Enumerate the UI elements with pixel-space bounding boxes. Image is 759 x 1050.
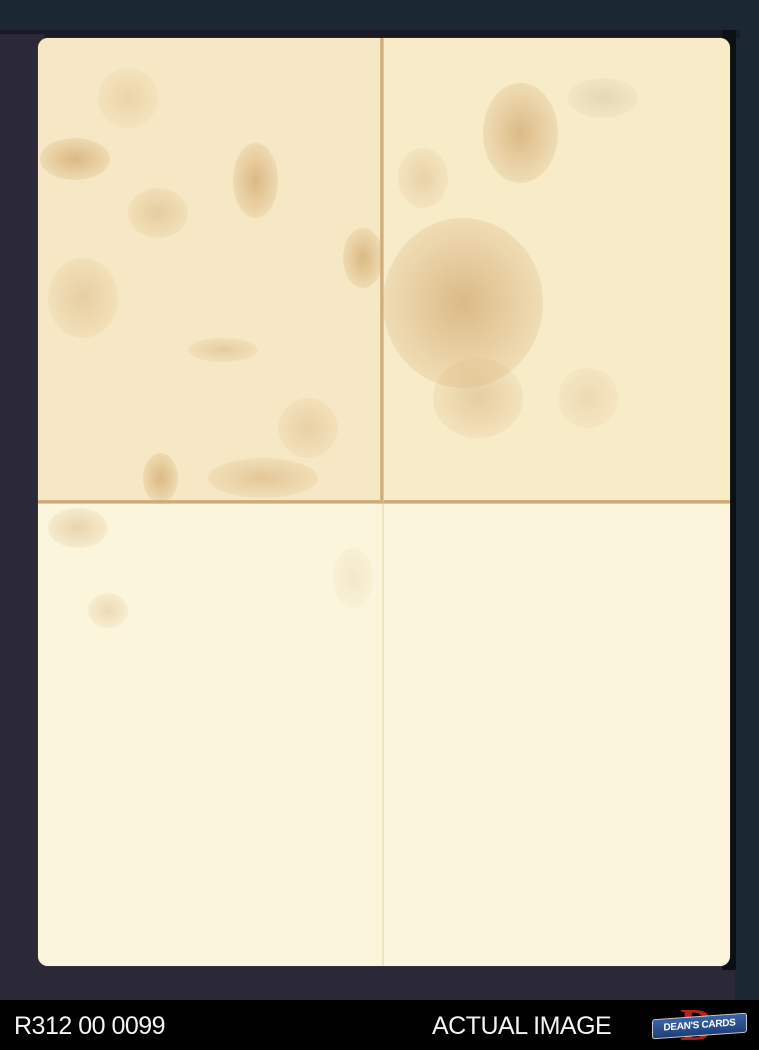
stain: [483, 83, 558, 183]
card-scan-image: [0, 0, 759, 1000]
stain: [88, 593, 128, 628]
scanner-background-bottom: [0, 966, 735, 1000]
stain: [208, 458, 318, 498]
horizontal-fold-crease: [38, 500, 730, 504]
stain: [143, 453, 178, 503]
stain: [128, 188, 188, 238]
deans-cards-logo: D DEAN'S CARDS: [652, 1004, 747, 1046]
scanner-shadow-top: [0, 30, 740, 38]
stain: [433, 358, 523, 438]
stain: [233, 143, 278, 218]
stain: [278, 398, 338, 458]
stain: [188, 338, 258, 362]
stain: [48, 508, 108, 548]
actual-image-label: ACTUAL IMAGE: [432, 1012, 611, 1041]
stain: [98, 68, 158, 128]
vertical-fold-faint: [382, 504, 384, 966]
stain: [333, 548, 373, 608]
stain: [40, 138, 110, 180]
stain: [398, 148, 448, 208]
item-id: R312 00 0099: [14, 1012, 165, 1041]
stain: [343, 228, 383, 288]
card-back: [38, 38, 730, 966]
stain: [558, 368, 618, 428]
stain: [568, 78, 638, 118]
card-panel-bottom: [38, 504, 730, 966]
logo-banner: DEAN'S CARDS: [652, 1013, 747, 1040]
caption-bar: R312 00 0099 ACTUAL IMAGE D DEAN'S CARDS: [0, 1000, 759, 1050]
stain: [48, 258, 118, 338]
